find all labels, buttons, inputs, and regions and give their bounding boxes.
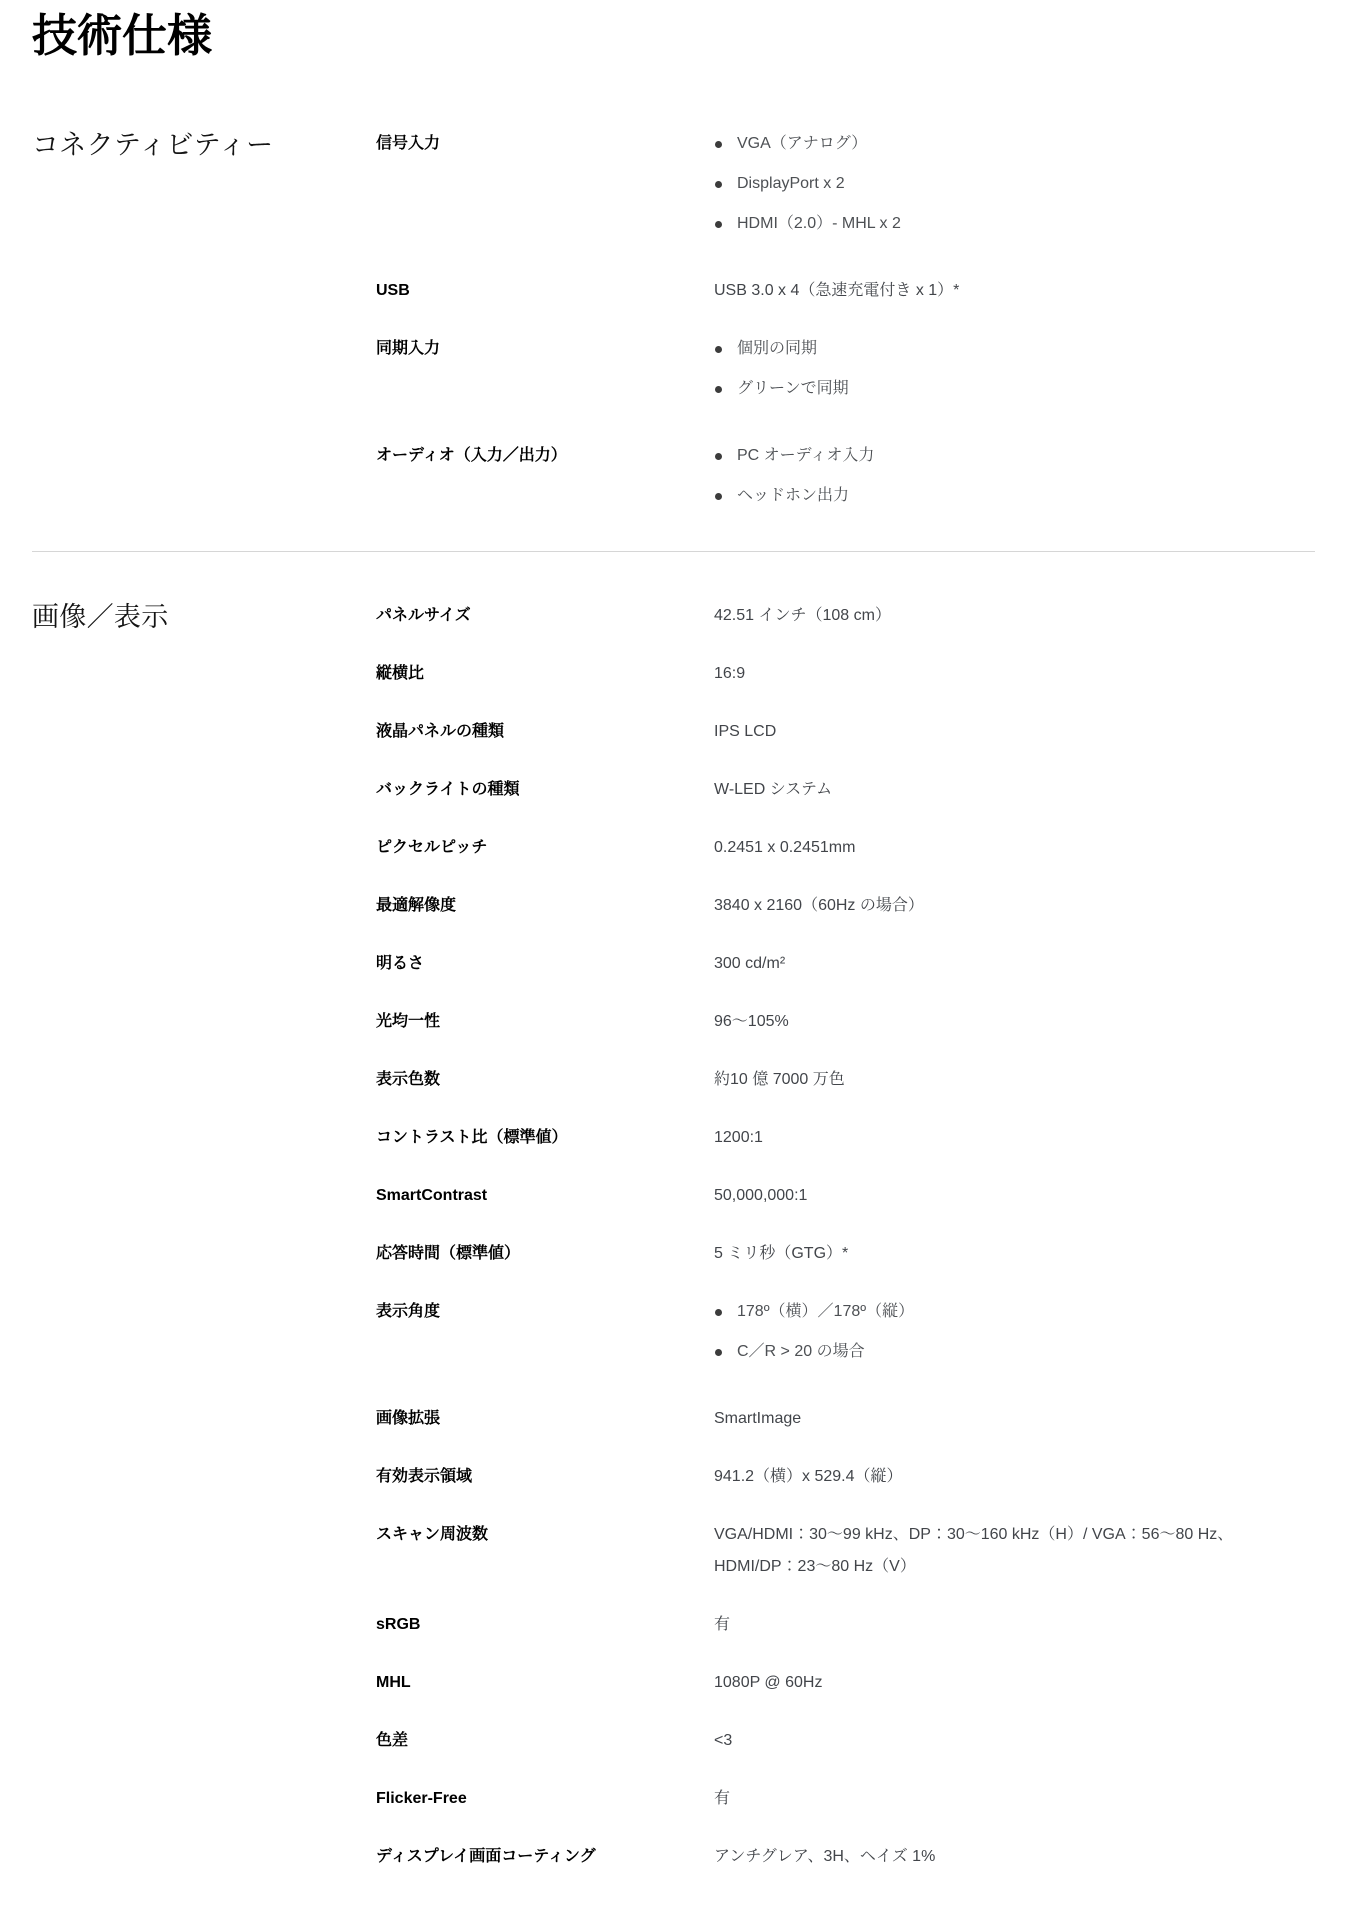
spec-row: SmartContrast 50,000,000:1 xyxy=(376,1180,1315,1212)
spec-label: スキャン周波数 xyxy=(376,1519,714,1583)
spec-row: Flicker-Free 有 xyxy=(376,1783,1315,1815)
spec-row: 縦横比 16:9 xyxy=(376,658,1315,690)
spec-label: バックライトの種類 xyxy=(376,774,714,806)
spec-label: 応答時間（標準値） xyxy=(376,1238,714,1270)
spec-row: 信号入力 VGA（アナログ）DisplayPort x 2HDMI（2.0）- … xyxy=(376,128,1315,240)
spec-value: 5 ミリ秒（GTG）* xyxy=(714,1238,1315,1270)
spec-value: 個別の同期グリーンで同期 xyxy=(714,333,1315,405)
spec-bullet-item: 個別の同期 xyxy=(714,333,1315,365)
spec-value: IPS LCD xyxy=(714,716,1315,748)
spec-section-0: コネクティビティー 信号入力 VGA（アナログ）DisplayPort x 2H… xyxy=(32,128,1315,512)
spec-sections: コネクティビティー 信号入力 VGA（アナログ）DisplayPort x 2H… xyxy=(32,128,1315,1873)
spec-bullet-item: HDMI（2.0）- MHL x 2 xyxy=(714,208,1315,240)
tech-specs-page: 技術仕様 コネクティビティー 信号入力 VGA（アナログ）DisplayPort… xyxy=(0,0,1345,1873)
spec-row: 有効表示領域 941.2（横）x 529.4（縦） xyxy=(376,1461,1315,1493)
spec-value: 42.51 インチ（108 cm） xyxy=(714,600,1315,632)
spec-value: <3 xyxy=(714,1725,1315,1757)
spec-label: 画像拡張 xyxy=(376,1403,714,1435)
bullet-icon xyxy=(715,141,722,148)
spec-row: オーディオ（入力／出力） PC オーディオ入力ヘッドホン出力 xyxy=(376,440,1315,512)
spec-bullet-item: ヘッドホン出力 xyxy=(714,480,1315,512)
spec-label: 縦横比 xyxy=(376,658,714,690)
spec-value: 1080P @ 60Hz xyxy=(714,1667,1315,1699)
spec-value: 有 xyxy=(714,1609,1315,1641)
spec-label: 有効表示領域 xyxy=(376,1461,714,1493)
spec-row: スキャン周波数 VGA/HDMI：30〜99 kHz、DP：30〜160 kHz… xyxy=(376,1519,1315,1583)
spec-bullet-list: VGA（アナログ）DisplayPort x 2HDMI（2.0）- MHL x… xyxy=(714,128,1315,240)
spec-value: 300 cd/m² xyxy=(714,948,1315,980)
spec-label: 表示色数 xyxy=(376,1064,714,1096)
spec-label: ディスプレイ画面コーティング xyxy=(376,1841,714,1873)
spec-row: 表示角度 178º（横）／178º（縦）C／R > 20 の場合 xyxy=(376,1296,1315,1368)
spec-value: 約10 億 7000 万色 xyxy=(714,1064,1315,1096)
bullet-icon xyxy=(715,386,722,393)
section-rows: パネルサイズ 42.51 インチ（108 cm） 縦横比 16:9 液晶パネルの… xyxy=(376,600,1315,1873)
spec-value: SmartImage xyxy=(714,1403,1315,1435)
spec-value: 3840 x 2160（60Hz の場合） xyxy=(714,890,1315,922)
bullet-icon xyxy=(715,1349,722,1356)
spec-value: PC オーディオ入力ヘッドホン出力 xyxy=(714,440,1315,512)
section-name: コネクティビティー xyxy=(32,128,376,162)
spec-label: 色差 xyxy=(376,1725,714,1757)
spec-label: 液晶パネルの種類 xyxy=(376,716,714,748)
spec-label: 同期入力 xyxy=(376,333,714,405)
bullet-icon xyxy=(715,493,722,500)
section-name: 画像／表示 xyxy=(32,600,376,634)
spec-row: 最適解像度 3840 x 2160（60Hz の場合） xyxy=(376,890,1315,922)
spec-value: 178º（横）／178º（縦）C／R > 20 の場合 xyxy=(714,1296,1315,1368)
spec-label: 明るさ xyxy=(376,948,714,980)
bullet-icon xyxy=(715,346,722,353)
spec-value: 有 xyxy=(714,1783,1315,1815)
spec-bullet-item: PC オーディオ入力 xyxy=(714,440,1315,472)
spec-row: sRGB 有 xyxy=(376,1609,1315,1641)
spec-row: 液晶パネルの種類 IPS LCD xyxy=(376,716,1315,748)
spec-label: パネルサイズ xyxy=(376,600,714,632)
bullet-icon xyxy=(715,453,722,460)
spec-label: ピクセルピッチ xyxy=(376,832,714,864)
spec-label: 信号入力 xyxy=(376,128,714,240)
spec-value: 941.2（横）x 529.4（縦） xyxy=(714,1461,1315,1493)
bullet-icon xyxy=(715,1309,722,1316)
spec-value: VGA/HDMI：30〜99 kHz、DP：30〜160 kHz（H）/ VGA… xyxy=(714,1519,1315,1583)
spec-row: MHL 1080P @ 60Hz xyxy=(376,1667,1315,1699)
spec-row: コントラスト比（標準値） 1200:1 xyxy=(376,1122,1315,1154)
spec-label: 表示角度 xyxy=(376,1296,714,1368)
spec-label: 最適解像度 xyxy=(376,890,714,922)
spec-bullet-item: C／R > 20 の場合 xyxy=(714,1336,1315,1368)
spec-label: オーディオ（入力／出力） xyxy=(376,440,714,512)
bullet-icon xyxy=(715,221,722,228)
spec-value: USB 3.0 x 4（急速充電付き x 1）* xyxy=(714,275,1315,307)
spec-row: 応答時間（標準値） 5 ミリ秒（GTG）* xyxy=(376,1238,1315,1270)
spec-value: 50,000,000:1 xyxy=(714,1180,1315,1212)
spec-label: MHL xyxy=(376,1667,714,1699)
spec-row: 同期入力 個別の同期グリーンで同期 xyxy=(376,333,1315,405)
spec-row: パネルサイズ 42.51 インチ（108 cm） xyxy=(376,600,1315,632)
spec-label: 光均一性 xyxy=(376,1006,714,1038)
spec-bullet-list: 個別の同期グリーンで同期 xyxy=(714,333,1315,405)
section-rows: 信号入力 VGA（アナログ）DisplayPort x 2HDMI（2.0）- … xyxy=(376,128,1315,512)
spec-value: アンチグレア、3H、ヘイズ 1% xyxy=(714,1841,1315,1873)
spec-row: 光均一性 96〜105% xyxy=(376,1006,1315,1038)
spec-bullet-item: DisplayPort x 2 xyxy=(714,168,1315,200)
spec-row: 明るさ 300 cd/m² xyxy=(376,948,1315,980)
spec-label: コントラスト比（標準値） xyxy=(376,1122,714,1154)
spec-row: ディスプレイ画面コーティング アンチグレア、3H、ヘイズ 1% xyxy=(376,1841,1315,1873)
spec-row: 色差 <3 xyxy=(376,1725,1315,1757)
page-title: 技術仕様 xyxy=(32,10,1315,62)
spec-value: 0.2451 x 0.2451mm xyxy=(714,832,1315,864)
spec-bullet-list: 178º（横）／178º（縦）C／R > 20 の場合 xyxy=(714,1296,1315,1368)
spec-bullet-list: PC オーディオ入力ヘッドホン出力 xyxy=(714,440,1315,512)
spec-row: バックライトの種類 W-LED システム xyxy=(376,774,1315,806)
spec-row: 画像拡張 SmartImage xyxy=(376,1403,1315,1435)
spec-bullet-item: 178º（横）／178º（縦） xyxy=(714,1296,1315,1328)
spec-row: 表示色数 約10 億 7000 万色 xyxy=(376,1064,1315,1096)
spec-row: ピクセルピッチ 0.2451 x 0.2451mm xyxy=(376,832,1315,864)
spec-value: 1200:1 xyxy=(714,1122,1315,1154)
spec-row: USB USB 3.0 x 4（急速充電付き x 1）* xyxy=(376,275,1315,307)
spec-label: SmartContrast xyxy=(376,1180,714,1212)
spec-label: USB xyxy=(376,275,714,307)
spec-value: VGA（アナログ）DisplayPort x 2HDMI（2.0）- MHL x… xyxy=(714,128,1315,240)
spec-section-1: 画像／表示 パネルサイズ 42.51 インチ（108 cm） 縦横比 16:9 … xyxy=(32,551,1315,1873)
spec-value: W-LED システム xyxy=(714,774,1315,806)
spec-bullet-item: VGA（アナログ） xyxy=(714,128,1315,160)
spec-label: Flicker-Free xyxy=(376,1783,714,1815)
spec-label: sRGB xyxy=(376,1609,714,1641)
spec-value: 16:9 xyxy=(714,658,1315,690)
bullet-icon xyxy=(715,181,722,188)
spec-bullet-item: グリーンで同期 xyxy=(714,373,1315,405)
spec-value: 96〜105% xyxy=(714,1006,1315,1038)
